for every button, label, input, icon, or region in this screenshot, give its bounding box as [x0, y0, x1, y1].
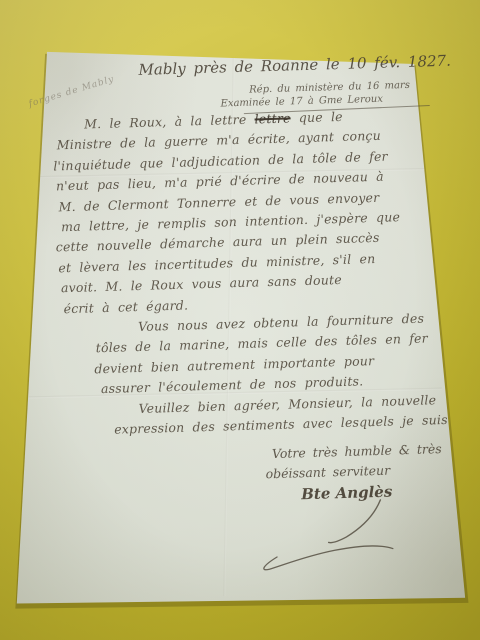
dateline: Mably près de Roanne le 10 fév. 1827.	[138, 52, 451, 79]
letter-content: forges de Mably Mably près de Roanne le …	[0, 0, 480, 640]
annotation-reply: Rép. du ministère du 16 mars	[249, 80, 410, 96]
closing-line: Votre très humble & très	[272, 441, 442, 461]
letter-body: M. le Roux, à la lettre lettre que le Mi…	[0, 103, 480, 444]
signature-flourish-icon	[245, 493, 413, 593]
closing-line: obéissant serviteur	[265, 463, 390, 482]
letter-photo: forges de Mably Mably près de Roanne le …	[0, 0, 480, 640]
strikethrough-word: lettre	[254, 110, 290, 126]
pencil-note: forges de Mably	[28, 74, 116, 109]
line-text: M. le Roux, à la lettre	[84, 111, 255, 131]
line-text: que le	[290, 109, 343, 126]
